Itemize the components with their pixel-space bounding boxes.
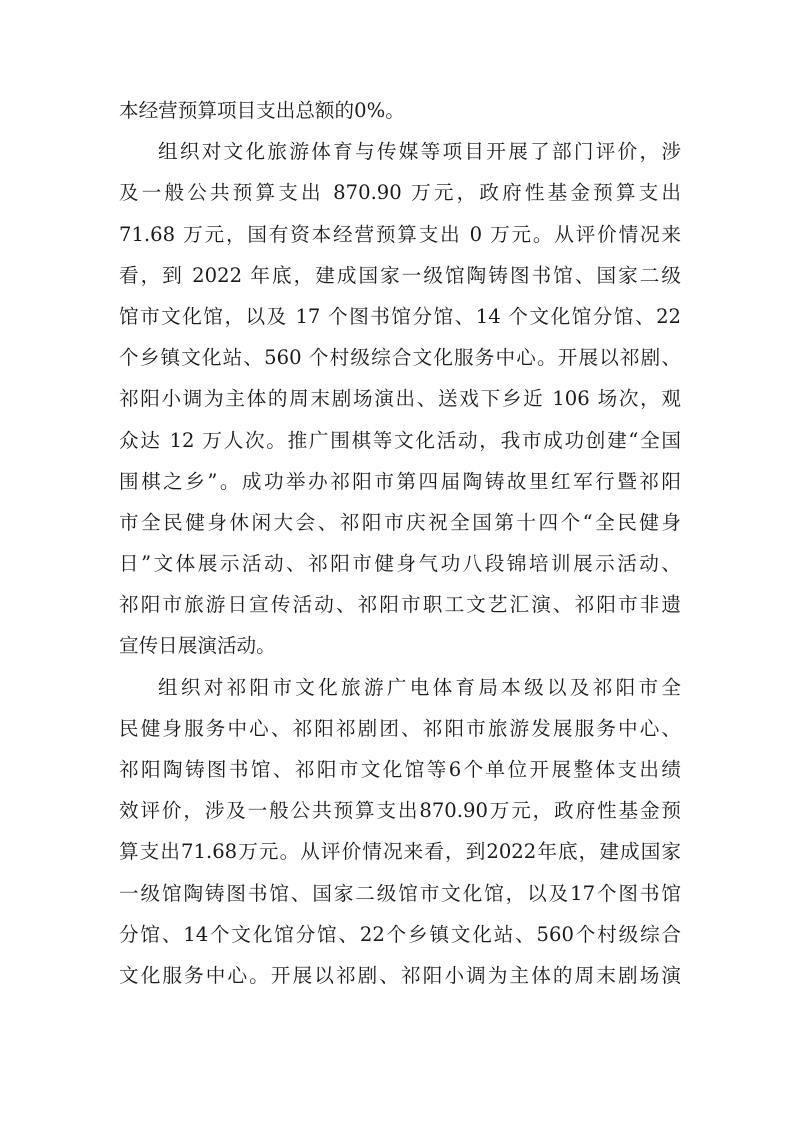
text-line: 宣传日展演活动。 [119,625,681,666]
text-line: 分馆、14个文化馆分馆、22个乡镇文化站、560个村级综合 [119,914,681,955]
text-line: 祁阳陶铸图书馆、祁阳市文化馆等6个单位开展整体支出绩 [119,749,681,790]
paragraph-overall-evaluation: 组织对祁阳市文化旅游广电体育局本级以及祁阳市全 民健身服务中心、祁阳祁剧团、祁阳… [119,667,681,997]
text-line: 民健身服务中心、祁阳祁剧团、祁阳市旅游发展服务中心、 [119,708,681,749]
paragraph-project-evaluation: 组织对文化旅游体育与传媒等项目开展了部门评价，涉 及一般公共预算支出 870.9… [119,131,681,666]
text-line: 日”文体展示活动、祁阳市健身气功八段锦培训展示活动、 [119,543,681,584]
text-line: 本经营预算项目支出总额的0%。 [119,90,681,131]
text-line: 市全民健身休闲大会、祁阳市庆祝全国第十四个“全民健身 [119,502,681,543]
text-line: 算支出71.68万元。从评价情况来看，到2022年底，建成国家 [119,831,681,872]
text-line: 看，到 2022 年底，建成国家一级馆陶铸图书馆、国家二级 [119,255,681,296]
text-line: 及一般公共预算支出 870.90 万元，政府性基金预算支出 [119,172,681,213]
text-line: 祁阳市旅游日宣传活动、祁阳市职工文艺汇演、祁阳市非遗 [119,584,681,625]
text-line: 馆市文化馆，以及 17 个图书馆分馆、14 个文化馆分馆、22 [119,296,681,337]
text-line: 围棋之乡”。成功举办祁阳市第四届陶铸故里红军行暨祁阳 [119,461,681,502]
text-line: 众达 12 万人次。推广围棋等文化活动，我市成功创建“全国 [119,420,681,461]
text-line: 效评价，涉及一般公共预算支出870.90万元，政府性基金预 [119,790,681,831]
text-line: 组织对祁阳市文化旅游广电体育局本级以及祁阳市全 [119,667,681,708]
text-line: 一级馆陶铸图书馆、国家二级馆市文化馆，以及17个图书馆 [119,873,681,914]
text-line: 祁阳小调为主体的周末剧场演出、送戏下乡近 106 场次，观 [119,378,681,419]
text-line: 个乡镇文化站、560 个村级综合文化服务中心。开展以祁剧、 [119,337,681,378]
document-page: 本经营预算项目支出总额的0%。 组织对文化旅游体育与传媒等项目开展了部门评价，涉… [119,90,681,996]
text-line: 71.68 万元，国有资本经营预算支出 0 万元。从评价情况来 [119,214,681,255]
text-line: 组织对文化旅游体育与传媒等项目开展了部门评价，涉 [119,131,681,172]
paragraph-continuation: 本经营预算项目支出总额的0%。 [119,90,681,131]
text-line: 文化服务中心。开展以祁剧、祁阳小调为主体的周末剧场演 [119,955,681,996]
